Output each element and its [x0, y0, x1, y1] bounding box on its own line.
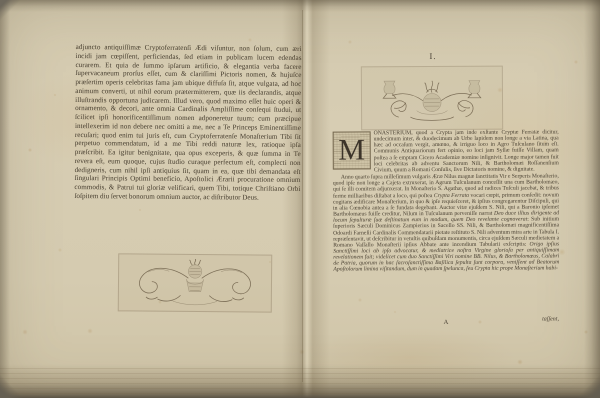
left-page-dedication-text: adjuncto antiquiſſimæ Cryptoferratenſi Æ… — [74, 43, 301, 202]
tailpiece-engraving — [118, 253, 273, 312]
signature-mark: A — [333, 318, 559, 326]
page-edge-bottom-stack — [0, 364, 600, 398]
open-book-spread: adjuncto antiquiſſimæ Cryptoferratenſi Æ… — [0, 0, 600, 398]
page-edge-top — [0, 0, 600, 12]
paragraph-2: Anno quarto ſupra milleſimum vulgaris Ær… — [333, 174, 560, 274]
photo-corner-bottom-left — [0, 364, 34, 398]
paragraph-1: ONASTERIUM, quod a Crypta jam inde exſta… — [374, 129, 559, 173]
catchword: taſſent, — [542, 316, 559, 322]
headpiece-ornament-illustration — [366, 70, 498, 127]
gutter-shadow — [282, 0, 330, 398]
photo-corner-top-left — [0, 0, 30, 30]
page-edge-left — [0, 0, 10, 398]
page-number: I. — [333, 50, 533, 61]
photo-corner-bottom-right — [566, 364, 600, 398]
gutter-crease-line — [302, 10, 303, 382]
page-footer: A taſſent, — [333, 318, 559, 329]
right-page-body-text: MONASTERIUM, quod a Crypta jam inde exſt… — [333, 129, 560, 273]
headpiece-engraving — [361, 66, 503, 131]
page-edge-right — [584, 0, 600, 398]
dropcap-initial-M: M — [333, 131, 371, 169]
tailpiece-ornament-illustration — [125, 258, 265, 307]
